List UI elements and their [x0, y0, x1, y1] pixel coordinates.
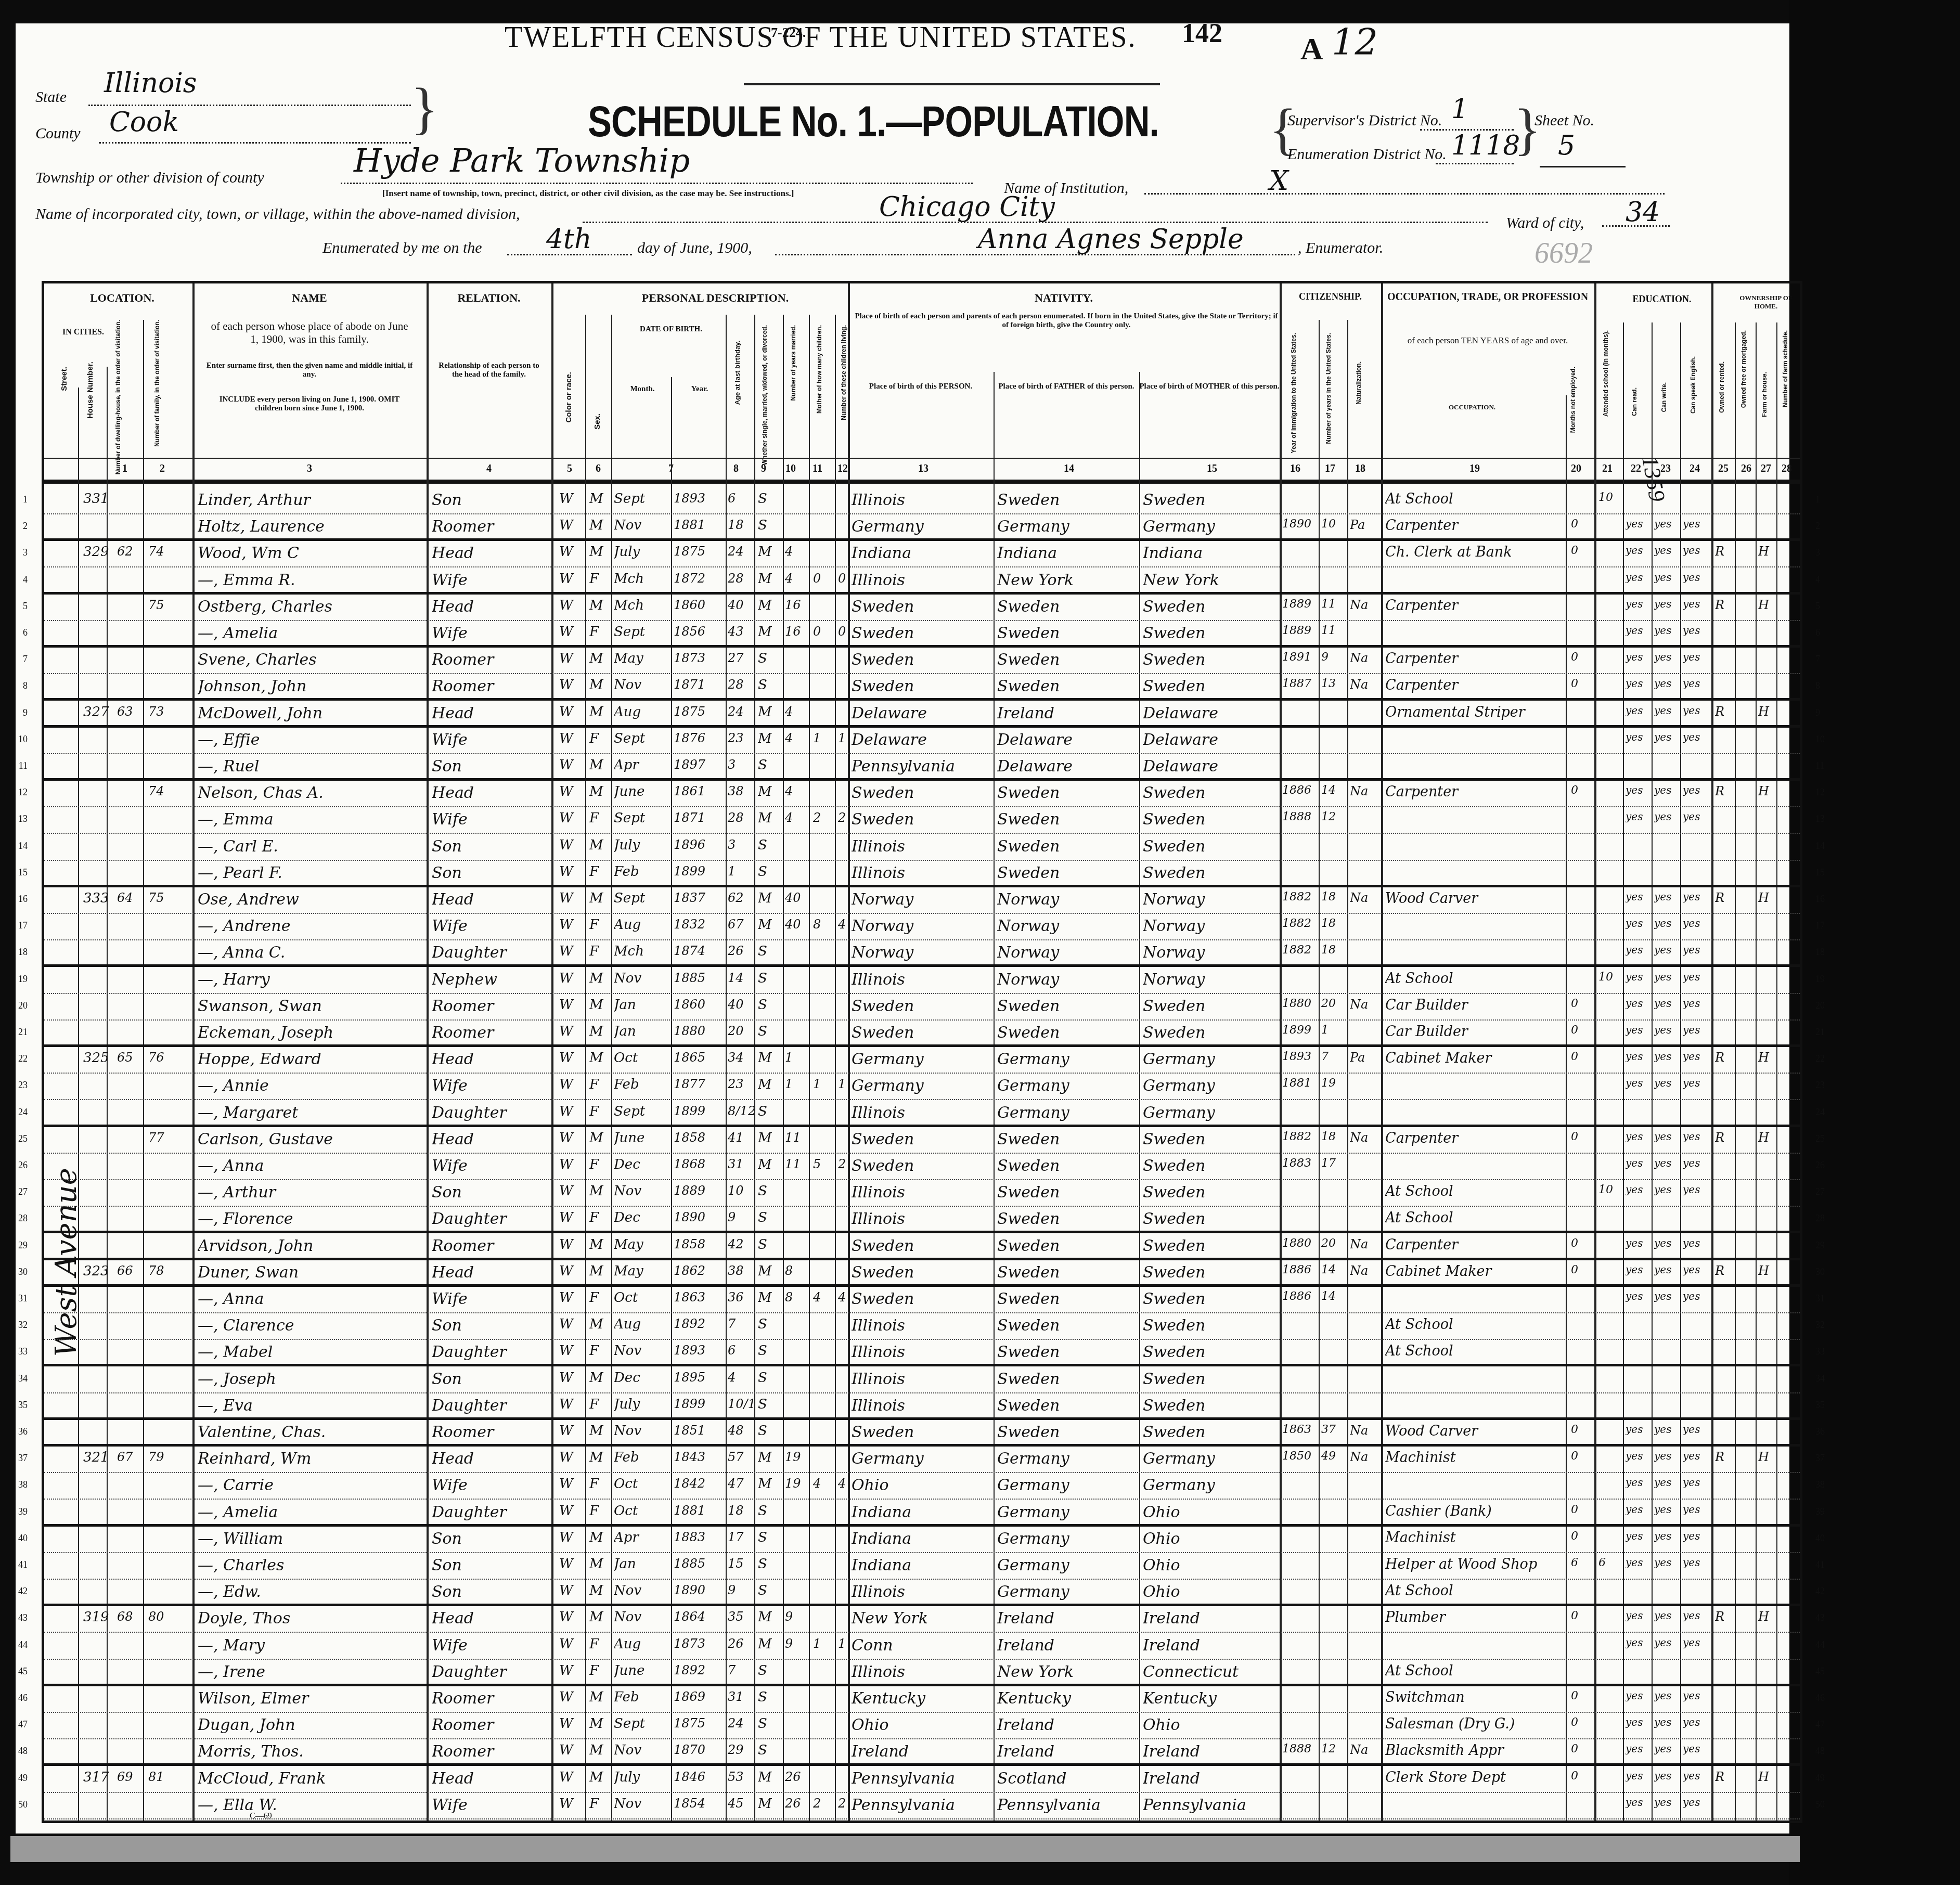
person-name: —, Anna C. — [198, 944, 424, 962]
immigration-year: 1888 — [1282, 810, 1318, 823]
marital-status: S — [758, 1316, 782, 1332]
farm-or-house: H — [1758, 1450, 1776, 1464]
marital-status: S — [758, 837, 782, 853]
birth-year: 1842 — [674, 1476, 725, 1491]
line-number: 13 — [7, 814, 28, 824]
can-speak-english: yes — [1683, 624, 1710, 637]
sex: M — [589, 1770, 610, 1785]
children-living: 2 — [838, 1157, 847, 1171]
table-row: 18 —, Anna C. Daughter W F Mch 1874 26 S… — [44, 940, 1800, 967]
line-number: 32 — [7, 1320, 28, 1331]
can-read: yes — [1626, 917, 1650, 929]
birthplace-mother: Sweden — [1143, 1130, 1278, 1148]
owned-or-rented: R — [1715, 1770, 1734, 1784]
birthplace-father: New York — [997, 1663, 1138, 1681]
person-name: Hoppe, Edward — [198, 1050, 424, 1068]
birth-year: 1872 — [674, 571, 725, 586]
person-name: —, William — [198, 1530, 424, 1548]
birthplace-father: Norway — [997, 971, 1138, 989]
months-unemployed: 0 — [1571, 651, 1593, 664]
children-living: 1 — [838, 1077, 847, 1091]
owned-rented-col-label: Owned or rented. — [1718, 361, 1725, 413]
title-ornament-rule — [744, 83, 1160, 85]
can-read: yes — [1626, 1024, 1650, 1036]
color: W — [559, 810, 583, 826]
months-unemployed: 0 — [1571, 1530, 1593, 1543]
birth-month: Apr — [614, 1530, 670, 1545]
can-speak-english: yes — [1683, 1476, 1710, 1489]
years-in-us: 37 — [1321, 1423, 1346, 1436]
sex: F — [589, 810, 610, 826]
relation: Wife — [432, 810, 549, 829]
sex: M — [589, 971, 610, 986]
immigration-year: 1880 — [1282, 997, 1318, 1010]
line-number-right: 14 — [1815, 841, 1836, 851]
birth-year: 1880 — [674, 1024, 725, 1038]
years-married: 4 — [785, 544, 808, 559]
immigration-year: 1863 — [1282, 1423, 1318, 1436]
can-write: yes — [1654, 651, 1679, 663]
birth-month: Nov — [614, 1183, 670, 1199]
marital-status: S — [758, 757, 782, 773]
birth-year: 1846 — [674, 1770, 725, 1784]
person-name: —, Anna — [198, 1290, 424, 1308]
person-name: Swanson, Swan — [198, 997, 424, 1015]
person-name: Linder, Arthur — [198, 491, 424, 509]
line-number: 34 — [7, 1373, 28, 1384]
can-speak-english: yes — [1683, 1423, 1710, 1436]
table-row: 17 —, Andrene Wife W F Aug 1832 67 M 40 … — [44, 914, 1800, 940]
archive-stamp-number: 6692 — [1535, 237, 1593, 270]
school-months: 10 — [1598, 971, 1622, 984]
can-read: yes — [1626, 1050, 1650, 1063]
can-speak-english: yes — [1683, 1636, 1710, 1649]
marital-status: S — [758, 1183, 782, 1199]
line-number-right: 20 — [1815, 1000, 1836, 1011]
immigration-col-label: Year of immigration to the United States… — [1290, 333, 1297, 453]
can-read: yes — [1626, 1770, 1650, 1782]
age: 20 — [728, 1024, 754, 1038]
sex: M — [589, 544, 610, 560]
line-number-right: 23 — [1815, 1080, 1836, 1091]
color: W — [559, 731, 583, 746]
birth-year: 1899 — [674, 1397, 725, 1411]
birthplace-person: Indiana — [852, 1530, 992, 1548]
can-read: yes — [1626, 731, 1650, 743]
county-label: County — [35, 125, 81, 143]
years-in-us: 20 — [1321, 997, 1346, 1010]
col-num: 26 — [1741, 463, 1751, 475]
table-row: 19 —, Harry Nephew W M Nov 1885 14 S Ill… — [44, 967, 1800, 994]
years-married-col-label: Number of years married. — [790, 325, 797, 401]
birth-month: Aug — [614, 704, 670, 720]
birthplace-father: Germany — [997, 518, 1138, 536]
birth-month: Aug — [614, 1636, 670, 1652]
birth-month: Nov — [614, 971, 670, 986]
color: W — [559, 890, 583, 906]
can-speak-english: yes — [1683, 1050, 1710, 1063]
birthplace-person: Sweden — [852, 1423, 992, 1441]
years-us-col-label: Number of years in the United States. — [1325, 333, 1332, 444]
relation: Roomer — [432, 677, 549, 695]
immigration-year: 1882 — [1282, 944, 1318, 957]
birth-month: Nov — [614, 1796, 670, 1812]
house-number: 331 — [83, 491, 114, 507]
line-number-right: 46 — [1815, 1693, 1836, 1703]
color: W — [559, 518, 583, 533]
scan-border-right — [1789, 0, 1960, 1885]
farm-or-house: H — [1758, 1770, 1776, 1784]
owned-or-rented: R — [1715, 1450, 1734, 1464]
age: 28 — [728, 571, 754, 586]
color: W — [559, 997, 583, 1013]
naturalization: Na — [1350, 1450, 1380, 1464]
naturalization-col-label: Naturalization. — [1355, 361, 1362, 405]
age: 36 — [728, 1290, 754, 1305]
can-write: yes — [1654, 704, 1679, 717]
table-row: 8 Johnson, John Roomer W M Nov 1871 28 S… — [44, 674, 1800, 701]
can-speak-english: yes — [1683, 944, 1710, 956]
months-unemployed: 0 — [1571, 1503, 1593, 1516]
birthplace-father: Sweden — [997, 810, 1138, 829]
birth-year: 1877 — [674, 1077, 725, 1091]
sex: M — [589, 1530, 610, 1545]
line-number-right: 32 — [1815, 1320, 1836, 1331]
line-number-right: 31 — [1815, 1293, 1836, 1304]
birthplace-person: Illinois — [852, 837, 992, 856]
mother-of-children: 8 — [813, 917, 834, 932]
can-read: yes — [1626, 1742, 1650, 1755]
can-write: yes — [1654, 890, 1679, 903]
house-number: 333 — [83, 890, 114, 906]
line-number-right: 33 — [1815, 1346, 1836, 1357]
sex: M — [589, 1689, 610, 1705]
birthplace-mother: Sweden — [1143, 1397, 1278, 1415]
can-read: yes — [1626, 997, 1650, 1010]
occupation: Cabinet Maker — [1385, 1050, 1565, 1066]
sex: F — [589, 731, 610, 746]
color: W — [559, 1636, 583, 1652]
relation: Wife — [432, 1796, 549, 1814]
can-read: yes — [1626, 971, 1650, 983]
birthplace-person: Illinois — [852, 1210, 992, 1228]
line-number-right: 35 — [1815, 1400, 1836, 1411]
relation: Head — [432, 1050, 549, 1068]
birth-month: Nov — [614, 1343, 670, 1359]
birth-person-heading: Place of birth of this PERSON. — [848, 382, 994, 391]
years-married: 40 — [785, 917, 808, 932]
person-name: —, Eva — [198, 1397, 424, 1415]
table-row: 38 —, Carrie Wife W F Oct 1842 47 M 19 4… — [44, 1473, 1800, 1500]
marital-status: M — [758, 1796, 782, 1812]
can-read: yes — [1626, 571, 1650, 584]
occupation: Car Builder — [1385, 997, 1565, 1013]
farm-or-house: H — [1758, 598, 1776, 612]
birthplace-mother: Ireland — [1143, 1609, 1278, 1628]
line-number: 21 — [7, 1027, 28, 1038]
birth-year: 1885 — [674, 971, 725, 985]
can-speak-english: yes — [1683, 810, 1710, 823]
relation: Son — [432, 757, 549, 776]
marital-status: M — [758, 1609, 782, 1625]
school-months: 6 — [1598, 1556, 1622, 1569]
occupation: Plumber — [1385, 1609, 1565, 1625]
occupation-column-heading: OCCUPATION. — [1384, 403, 1561, 411]
birthplace-mother: Sweden — [1143, 624, 1278, 642]
age: 67 — [728, 917, 754, 932]
occupation: Machinist — [1385, 1450, 1565, 1466]
marital-status: M — [758, 1157, 782, 1172]
birthplace-person: Sweden — [852, 651, 992, 669]
relation: Head — [432, 544, 549, 562]
state-line — [88, 104, 411, 106]
owned-free-col-label: Owned free or mortgaged. — [1740, 330, 1747, 408]
birthplace-person: Illinois — [852, 571, 992, 589]
can-speak-english: yes — [1683, 1770, 1710, 1782]
mother-of-col-label: Mother of how many children. — [816, 325, 823, 414]
col-num: 8 — [733, 463, 739, 475]
birthplace-mother: Ohio — [1143, 1556, 1278, 1574]
can-speak-english: yes — [1683, 784, 1710, 796]
person-name: —, Amelia — [198, 624, 424, 642]
ownership-heading: OWNERSHIP OF HOME. — [1730, 294, 1802, 311]
birthplace-person: Sweden — [852, 677, 992, 695]
color: W — [559, 1716, 583, 1732]
months-unemployed: 0 — [1571, 1716, 1593, 1729]
birth-year: 1864 — [674, 1609, 725, 1624]
person-name: Morris, Thos. — [198, 1742, 424, 1761]
age: 8/12 — [728, 1104, 754, 1118]
dwelling-number: 62 — [117, 544, 143, 559]
line-number-right: 11 — [1815, 760, 1836, 771]
birth-month: Sept — [614, 810, 670, 826]
col-num: 11 — [813, 463, 822, 475]
marital-status: M — [758, 1290, 782, 1306]
table-row: 36 Valentine, Chas. Roomer W M Nov 1851 … — [44, 1420, 1800, 1447]
can-speak-english: yes — [1683, 1290, 1710, 1302]
age: 53 — [728, 1770, 754, 1784]
person-name: —, Clarence — [198, 1316, 424, 1335]
birthplace-father: Sweden — [997, 1183, 1138, 1202]
person-name: Wilson, Elmer — [198, 1689, 424, 1708]
sex: F — [589, 571, 610, 587]
age-col-label: Age at last birthday. — [733, 341, 741, 405]
birthplace-person: Illinois — [852, 1370, 992, 1388]
birthplace-father: Sweden — [997, 1370, 1138, 1388]
age: 43 — [728, 624, 754, 639]
farm-or-house: H — [1758, 704, 1776, 719]
age: 29 — [728, 1742, 754, 1757]
occupation: At School — [1385, 491, 1565, 507]
children-living: 2 — [838, 810, 847, 825]
marital-status: M — [758, 1050, 782, 1066]
col-num: 27 — [1761, 463, 1771, 475]
sex: M — [589, 1583, 610, 1598]
line-number-right: 50 — [1815, 1799, 1836, 1810]
city-value: Chicago City — [879, 191, 1055, 223]
color: W — [559, 1450, 583, 1465]
age: 9 — [728, 1210, 754, 1224]
relation-heading: RELATION. — [429, 291, 549, 305]
birthplace-mother: Sweden — [1143, 1370, 1278, 1388]
table-row: 50 —, Ella W. Wife W F Nov 1854 45 M 26 … — [44, 1793, 1800, 1819]
age: 15 — [728, 1556, 754, 1571]
sex: F — [589, 1343, 610, 1359]
can-write: yes — [1654, 1796, 1679, 1809]
line-number: 42 — [7, 1586, 28, 1597]
can-read: yes — [1626, 890, 1650, 903]
can-write: yes — [1654, 1237, 1679, 1249]
sex: F — [589, 1476, 610, 1492]
months-unemployed: 0 — [1571, 1450, 1593, 1463]
can-speak-english: yes — [1683, 571, 1710, 584]
line-number-right: 37 — [1815, 1453, 1836, 1464]
table-row: 46 Wilson, Elmer Roomer W M Feb 1869 31 … — [44, 1686, 1800, 1713]
name-instruction-include: INCLUDE every person living on June 1, 1… — [205, 395, 414, 413]
birth-month: July — [614, 1397, 670, 1412]
house-number: 325 — [83, 1050, 114, 1066]
family-number: 76 — [148, 1050, 190, 1065]
relation: Roomer — [432, 1689, 549, 1708]
can-read: yes — [1626, 704, 1650, 717]
children-living: 0 — [838, 571, 847, 586]
line-number: 26 — [7, 1160, 28, 1171]
table-row: 22 325 65 76 Hoppe, Edward Head W M Oct … — [44, 1047, 1800, 1074]
color: W — [559, 598, 583, 613]
can-speak-english: yes — [1683, 1157, 1710, 1169]
relation: Roomer — [432, 651, 549, 669]
relation: Roomer — [432, 518, 549, 536]
birth-month: Dec — [614, 1157, 670, 1172]
line-number: 33 — [7, 1346, 28, 1357]
page-handwritten-number: 12 — [1332, 21, 1378, 63]
line-number-right: 5 — [1815, 601, 1836, 612]
birthplace-father: Sweden — [997, 651, 1138, 669]
person-name: —, Effie — [198, 731, 424, 749]
relation: Roomer — [432, 1024, 549, 1042]
age: 31 — [728, 1157, 754, 1171]
relation: Nephew — [432, 971, 549, 989]
sex: M — [589, 1609, 610, 1625]
birth-year: 1892 — [674, 1316, 725, 1331]
can-write: yes — [1654, 810, 1679, 823]
can-read: yes — [1626, 1796, 1650, 1809]
line-number-right: 26 — [1815, 1160, 1836, 1171]
relation: Wife — [432, 917, 549, 935]
relation: Wife — [432, 1077, 549, 1095]
birth-month: Nov — [614, 677, 670, 693]
can-write: yes — [1654, 1077, 1679, 1089]
birthplace-father: Kentucky — [997, 1689, 1138, 1708]
sex: F — [589, 1104, 610, 1119]
age: 47 — [728, 1476, 754, 1491]
sex: M — [589, 757, 610, 773]
house-number: 323 — [83, 1263, 114, 1279]
relation: Roomer — [432, 1423, 549, 1441]
birth-month: July — [614, 544, 670, 560]
birth-year: 1893 — [674, 1343, 725, 1358]
birthplace-father: Germany — [997, 1104, 1138, 1122]
nativity-heading: NATIVITY. — [848, 291, 1280, 305]
birthplace-father: Germany — [997, 1583, 1138, 1601]
birthplace-person: Ohio — [852, 1476, 992, 1494]
table-row: 29 Arvidson, John Roomer W M May 1858 42… — [44, 1234, 1800, 1260]
line-number-right: 39 — [1815, 1506, 1836, 1517]
age: 10 — [728, 1183, 754, 1198]
can-write: yes — [1654, 598, 1679, 610]
birthplace-mother: Sweden — [1143, 1183, 1278, 1202]
marital-status: S — [758, 1742, 782, 1758]
birthplace-father: Ireland — [997, 1716, 1138, 1734]
can-write: yes — [1654, 1263, 1679, 1276]
relation: Son — [432, 1583, 549, 1601]
birth-month: Dec — [614, 1210, 670, 1225]
years-married: 4 — [785, 571, 808, 586]
color: W — [559, 784, 583, 799]
attended-school-col-label: Attended school (in months). — [1602, 330, 1609, 417]
relation: Son — [432, 1556, 549, 1574]
marital-status: S — [758, 518, 782, 533]
immigration-year: 1891 — [1282, 651, 1318, 664]
age: 9 — [728, 1583, 754, 1597]
color: W — [559, 1397, 583, 1412]
birth-month: Sept — [614, 731, 670, 746]
person-name: —, Mary — [198, 1636, 424, 1655]
line-number: 23 — [7, 1080, 28, 1091]
birth-month: Jan — [614, 1024, 670, 1039]
line-number-right: 34 — [1815, 1373, 1836, 1384]
birthplace-mother: Sweden — [1143, 1316, 1278, 1335]
birthplace-person: Ireland — [852, 1742, 992, 1761]
color: W — [559, 1210, 583, 1225]
birth-month: Mch — [614, 598, 670, 613]
line-number-right: 7 — [1815, 654, 1836, 665]
birthplace-father: Sweden — [997, 491, 1138, 509]
can-write: yes — [1654, 1423, 1679, 1436]
relation: Roomer — [432, 1742, 549, 1761]
can-speak-english: yes — [1683, 544, 1710, 557]
relation: Daughter — [432, 1343, 549, 1361]
owned-or-rented: R — [1715, 784, 1734, 798]
line-number: 17 — [7, 920, 28, 931]
person-name: —, Pearl F. — [198, 864, 424, 882]
farm-or-house: H — [1758, 1263, 1776, 1278]
birthplace-mother: Sweden — [1143, 677, 1278, 695]
age: 10/12 — [728, 1397, 754, 1411]
years-married: 4 — [785, 784, 808, 798]
birthplace-person: Germany — [852, 1077, 992, 1095]
line-number: 37 — [7, 1453, 28, 1464]
house-number: 327 — [83, 704, 114, 720]
color: W — [559, 1104, 583, 1119]
birth-month: Sept — [614, 890, 670, 906]
line-number-right: 6 — [1815, 627, 1836, 638]
can-write: yes — [1654, 1024, 1679, 1036]
line-number-right: 15 — [1815, 867, 1836, 878]
birthplace-person: Illinois — [852, 1183, 992, 1202]
color: W — [559, 1130, 583, 1146]
age: 41 — [728, 1130, 754, 1145]
color: W — [559, 757, 583, 773]
birthplace-mother: Norway — [1143, 944, 1278, 962]
table-row: 32 —, Clarence Son W M Aug 1892 7 S Illi… — [44, 1313, 1800, 1340]
in-cities-heading: IN CITIES. — [49, 328, 117, 337]
birth-year: 1889 — [674, 1183, 725, 1198]
sex: M — [589, 1183, 610, 1199]
birthplace-person: Indiana — [852, 1503, 992, 1521]
can-speak-english: yes — [1683, 1024, 1710, 1036]
months-unemployed: 0 — [1571, 997, 1593, 1010]
